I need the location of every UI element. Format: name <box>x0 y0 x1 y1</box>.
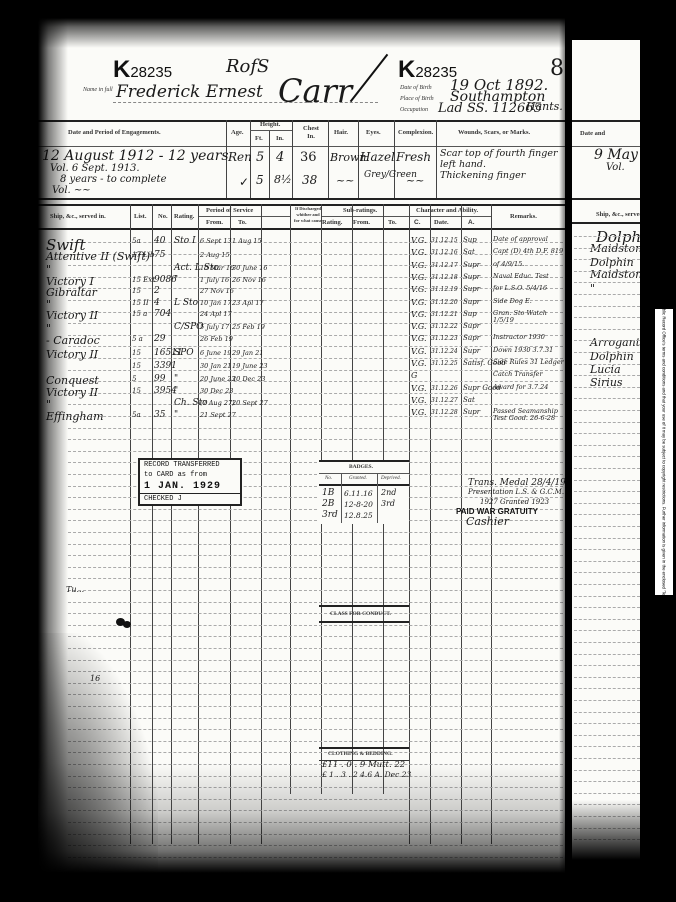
ship-name: Victory II <box>46 348 98 361</box>
stamp-line-1: RECORD TRANSFERRED <box>140 460 240 470</box>
badges-header-granted: Granted. <box>349 476 367 481</box>
ruled-line <box>68 428 563 429</box>
ruled-line <box>68 845 563 846</box>
header-date: Date. <box>434 219 449 226</box>
list-value: 17 Lib <box>132 251 155 259</box>
ruled-line <box>68 822 563 823</box>
adjacent-engagement-sub: Vol. <box>606 162 625 173</box>
ruled-line <box>68 776 563 777</box>
badge-deprived: 3rd <box>381 499 395 508</box>
ship-name: Effingham <box>46 410 104 423</box>
ruled-line <box>574 665 640 666</box>
in-2: 8½ <box>274 173 292 186</box>
list-value: 15 Ext <box>132 276 155 284</box>
badges-box: BADGES. No. Granted. Deprived. 1B6.11.16… <box>319 460 409 524</box>
badges-title: BADGES. <box>349 464 373 470</box>
character-date: 31.12.25 <box>431 360 458 367</box>
ruled-line <box>68 532 563 533</box>
ruled-line <box>574 700 640 701</box>
character-date: 31.12.28 <box>431 409 458 416</box>
badge-no: 3rd <box>322 510 338 520</box>
ruled-line <box>574 491 640 492</box>
header-chest: Chest In. <box>300 125 322 141</box>
clothing-entry-2: £ 1 . 3 . 2 4.6 A. Dec 23 <box>322 770 411 779</box>
ruled-line <box>574 329 640 330</box>
hair-2: ~~ <box>336 174 354 187</box>
character-date: 31.12.23 <box>431 335 458 342</box>
header-a: A. <box>468 219 475 226</box>
list-value: 15 a <box>132 310 147 318</box>
ruled-line <box>574 654 640 655</box>
ink-blot <box>123 621 131 628</box>
header-list: List. <box>134 213 146 220</box>
engagement-row-2: Vol. 6 Sept. 1913. <box>50 163 140 174</box>
ruled-line <box>574 688 640 689</box>
ruled-line <box>574 468 640 469</box>
header-discharged: If Discharged whither and for what cause <box>293 206 323 224</box>
period-from: 10 Jan 17 <box>200 299 231 307</box>
engagement-row-1: 12 August 1912 - 12 years <box>42 148 229 164</box>
margin-note-1: Tu... <box>66 585 84 594</box>
complexion-2: ~~ <box>406 174 424 187</box>
header-hair: Hair. <box>334 129 348 136</box>
eyes-2: Grey/Green <box>364 171 392 180</box>
ruled-line <box>574 352 640 353</box>
ruled-line <box>574 317 640 318</box>
ruled-line <box>68 787 563 788</box>
pob-label: Place of Birth <box>400 96 434 102</box>
ruled-line <box>574 712 640 713</box>
ruled-line <box>574 584 640 585</box>
official-number: 35 <box>154 410 165 420</box>
period-to: 26 Nov 16 <box>232 276 266 284</box>
character-c: V.G. <box>411 273 427 282</box>
ruled-line <box>574 503 640 504</box>
official-number: 99 <box>154 374 165 384</box>
period-to: 30 June 16 <box>232 264 268 272</box>
remarks-extra-note: 1927 Granted 1923 <box>480 498 549 506</box>
header-from: From. <box>206 219 223 226</box>
name-surname: Carr <box>278 72 352 110</box>
copyright-notice-text: Please note that this copy is supplied s… <box>662 205 667 699</box>
character-date: 31.12.27 <box>431 397 458 404</box>
list-value: 5a <box>132 411 141 419</box>
adjacent-service-header: Ship, &c., served <box>596 211 640 218</box>
ruled-line <box>574 514 640 515</box>
remarks-text: Side Rules 31 Ledger <box>493 359 565 366</box>
character-row: V.G.31.12.23SuprInstructor 1930 <box>409 334 565 346</box>
ruled-line <box>68 683 563 684</box>
ruled-line <box>574 387 640 388</box>
record-transferred-stamp: RECORD TRANSFERRED to CARD as from 1 JAN… <box>138 458 242 506</box>
ruled-line <box>574 398 640 399</box>
chest-1: 36 <box>300 150 317 165</box>
period-from: 24 Apl 17 <box>200 310 232 318</box>
character-date: 31.12.17 <box>431 262 458 269</box>
ruled-line <box>574 248 640 249</box>
remarks-text: Award for 3.7.24 <box>493 384 565 391</box>
age-2: ✓ <box>239 175 249 189</box>
remarks-text: Passed Seamanship Test Good. 26-6-28 <box>493 408 565 422</box>
ruled-line <box>574 410 640 411</box>
complexion-1: Fresh <box>396 150 431 164</box>
character-c: V.G. <box>411 261 427 270</box>
badge-granted: 12.8.25 <box>344 511 373 520</box>
wounds-2: Thickening finger <box>440 170 525 181</box>
ruled-line <box>574 804 640 805</box>
service-row: Victory II153954"30 Dec 23 <box>38 386 338 398</box>
eyes-1: Hazel <box>360 150 395 164</box>
ruled-line <box>68 625 563 626</box>
period-to: 23 Apl 17 <box>232 299 264 307</box>
ruled-line <box>574 259 640 260</box>
header-c: C. <box>414 219 421 226</box>
official-number: 4 <box>154 298 160 308</box>
ruled-line <box>68 810 563 811</box>
remarks-text: Down 1930 3.7.31 <box>493 347 565 354</box>
ruled-line <box>574 642 640 643</box>
ruled-line <box>68 729 563 730</box>
character-c: V.G. <box>411 322 427 331</box>
remarks-text: Capt (D) 4th D.F. 819 <box>493 248 565 255</box>
ruled-line <box>574 746 640 747</box>
list-value: 5a <box>132 237 141 245</box>
ruled-line <box>68 636 563 637</box>
header-in: In. <box>276 135 284 142</box>
character-row: V.G.31.12.28SuprPassed Seamanship Test G… <box>409 408 565 420</box>
ruled-line <box>68 741 563 742</box>
engagement-row-4: Vol. ~~ <box>52 185 91 196</box>
class-for-conduct-title: CLASS FOR CONDUCT. <box>330 611 391 617</box>
service-row: 15339130 Jan 2119 June 23 <box>38 361 338 373</box>
character-date: 31.12.20 <box>431 299 458 306</box>
ruled-line <box>574 828 640 829</box>
ruled-line <box>574 445 640 446</box>
ruled-line <box>68 613 563 614</box>
period-from: 30 Dec 23 <box>200 387 233 395</box>
dob-label: Date of Birth <box>400 85 432 91</box>
ruled-line <box>574 282 640 283</box>
official-number: 3391 <box>154 361 177 371</box>
header-eyes: Eyes. <box>366 129 381 136</box>
service-number-right: K28235 <box>398 56 457 84</box>
header-remarks: Remarks. <box>510 213 537 220</box>
ruled-line <box>574 306 640 307</box>
service-row: - Caradoc5 a2926 Feb 19 <box>38 334 338 346</box>
official-number: 75 <box>154 250 165 260</box>
character-a: Supr <box>463 334 480 342</box>
rating-value: " <box>174 410 178 420</box>
period-from: 6 June 19 <box>200 349 231 357</box>
remarks-text: Instructor 1930 <box>493 334 565 341</box>
ruled-line <box>574 433 640 434</box>
period-to: 19 June 23 <box>232 362 268 370</box>
list-value: 15 II <box>132 299 149 307</box>
ruled-line <box>574 677 640 678</box>
remarks-text: Naval Educ. Test <box>493 273 565 280</box>
period-from: 10 Mar 16 <box>200 264 234 272</box>
character-c: V.G. <box>411 285 427 294</box>
character-c: V.G. <box>411 347 427 356</box>
header-to: To. <box>238 219 247 226</box>
occupation-label: Occupation <box>400 107 428 113</box>
character-a: Sup <box>463 310 477 318</box>
badge-no: 1B <box>322 488 334 498</box>
ruled-line <box>574 816 640 817</box>
remarks-extra-note: Presentation L.S. & G.C.M. <box>468 488 564 496</box>
character-date: 31.12.18 <box>431 274 458 281</box>
character-c: V.G. <box>411 396 427 405</box>
period-from: (7 Aug 27) <box>200 399 235 407</box>
ruled-line <box>68 544 563 545</box>
ruled-line <box>574 271 640 272</box>
ruled-line <box>574 480 640 481</box>
copyright-notice: Please note that this copy is supplied s… <box>654 308 674 596</box>
badges-header-deprived: Deprived. <box>381 476 401 481</box>
engagement-row-3: 8 years - to complete <box>60 174 167 185</box>
character-a: Supr <box>463 261 480 269</box>
character-c: V.G. <box>411 236 427 245</box>
adjacent-engagement-header: Date and <box>580 130 605 137</box>
service-number-left-digits: 28235 <box>130 64 172 81</box>
ruled-line <box>574 526 640 527</box>
character-c: V.G. <box>411 334 427 343</box>
adjacent-ship-name: Maidstone <box>590 268 640 281</box>
age-1: Ren <box>228 150 252 164</box>
list-value: 15 <box>132 362 141 370</box>
period-to: 29 Jan 21 <box>232 349 263 357</box>
service-row: Effingham5a35"21 Sept 27 <box>38 410 338 422</box>
badges-header-no: No. <box>325 476 332 481</box>
ruled-line <box>68 799 563 800</box>
character-c: V.G. <box>411 310 427 319</box>
list-value: 5 a <box>132 335 143 343</box>
ruled-line <box>574 735 640 736</box>
character-a: Supr <box>463 298 480 306</box>
character-a: Sup <box>463 236 477 244</box>
ruled-line <box>574 630 640 631</box>
ruled-line <box>574 619 640 620</box>
period-from: 30 Jan 21 <box>200 362 231 370</box>
list-value: 15 <box>132 287 141 295</box>
badge-no: 2B <box>322 499 334 509</box>
character-a: Sat <box>463 248 475 256</box>
list-value: 15 <box>132 387 141 395</box>
badge-granted: 12-8-20 <box>344 500 373 509</box>
service-row: Gibraltar15227 Nov 16 <box>38 286 338 298</box>
name-given: Frederick Ernest <box>116 82 263 102</box>
rating-value: " <box>174 386 178 396</box>
ruled-line <box>68 694 563 695</box>
list-value: 5 <box>132 375 136 383</box>
service-row: Attentive II (Swift)17 Lib752 Aug 15 <box>38 250 338 262</box>
official-number: 29 <box>154 334 165 344</box>
ruled-line <box>68 439 563 440</box>
ruled-line <box>574 538 640 539</box>
period-from: 21 Sept 27 <box>200 411 236 419</box>
ruled-line <box>574 364 640 365</box>
character-row: V.G.31.12.26Supr GoodAward for 3.7.24 <box>409 384 565 396</box>
header-subratings: Sub-ratings. <box>343 207 377 214</box>
remarks-text: Catch Transfer <box>493 371 565 378</box>
header-character: Character and Ability. <box>416 207 478 214</box>
ruled-line <box>574 839 640 840</box>
list-value: 15 <box>132 349 141 357</box>
pen-stroke <box>350 54 389 103</box>
character-c: V.G. <box>411 384 427 393</box>
character-date: 31.12.22 <box>431 323 458 330</box>
stamp-line-3: 1 JAN. 1929 <box>140 480 240 493</box>
character-c: V.G. <box>411 248 427 257</box>
character-c: V.G. <box>411 408 427 417</box>
ruled-line <box>574 793 640 794</box>
clothing-entry-1: £11 . 0 . 9 Mutt. 22 <box>322 760 405 770</box>
name-label: Name in full <box>83 86 113 95</box>
service-row: "Ch. Sto(7 Aug 27)20 Sept 27 <box>38 398 338 410</box>
remarks-text: of 4/9/15. <box>493 261 565 268</box>
character-a: Sat <box>463 396 475 404</box>
character-row: V.G.31.12.21SupGran. Sto Watch 1/5/19 <box>409 310 565 322</box>
service-row: Victory II15 a70424 Apl 17 <box>38 309 338 321</box>
ship-name: Victory II <box>46 309 98 322</box>
period-to: 20 Sept 27 <box>232 399 268 407</box>
character-a: Supr <box>463 273 480 281</box>
header-sub-from: From. <box>353 219 370 226</box>
header-no: No. <box>158 213 168 220</box>
clothing-title: CLOTHING & BEDDING. <box>328 751 393 757</box>
service-row: Conquest599"20 June 2320 Dec 23 <box>38 374 338 386</box>
official-number: 2 <box>154 286 160 296</box>
ruled-line <box>574 781 640 782</box>
rating-value: SPO <box>174 348 194 358</box>
header-sub-rating: Rating. <box>322 219 342 226</box>
character-date: 31.12.15 <box>431 237 458 244</box>
header-engagement: Date and Period of Engagements. <box>68 129 161 136</box>
ruled-line <box>68 578 563 579</box>
ruled-line <box>574 572 640 573</box>
character-a: Supr <box>463 285 480 293</box>
ruled-line <box>574 422 640 423</box>
page-mark: 8 <box>550 56 564 81</box>
ruled-line <box>68 706 563 707</box>
annotation-top: RofS <box>226 56 269 77</box>
character-date: 31.12.21 <box>431 311 458 318</box>
ruled-line <box>68 857 563 858</box>
ruled-line <box>68 660 563 661</box>
ruled-line <box>68 648 563 649</box>
service-row: Victory II1516511SPO6 June 1929 Jan 21 <box>38 348 338 360</box>
period-to: 25 Feb 19 <box>232 323 265 331</box>
period-from: 20 June 23 <box>200 375 236 383</box>
character-c: V.G. <box>411 298 427 307</box>
remarks-text: Side Dog E. <box>493 298 565 305</box>
rating-value: Sto I <box>174 236 196 246</box>
in-1: 4 <box>276 150 284 165</box>
badge-deprived: 2nd <box>381 488 396 497</box>
ruled-line <box>68 764 563 765</box>
rating-value: " <box>174 374 178 384</box>
character-date: 31.12.24 <box>431 348 458 355</box>
ruled-line <box>68 718 563 719</box>
ruled-line <box>574 294 640 295</box>
service-number-left: K28235 <box>113 56 172 84</box>
period-from: 2 Aug 15 <box>200 251 230 259</box>
remarks-text: for L.S.O. 5/4/16 <box>493 285 565 292</box>
ruled-line <box>68 590 563 591</box>
ruled-line <box>574 770 640 771</box>
character-date: 31.12.26 <box>431 385 458 392</box>
period-from: 1 July 16 <box>200 276 229 284</box>
ft-2: 5 <box>256 173 264 187</box>
badge-granted: 6.11.16 <box>344 489 373 498</box>
occupation-value: Lad SS. 112665 <box>438 101 542 116</box>
ruled-line <box>68 555 563 556</box>
ruled-line <box>574 758 640 759</box>
character-a: Supr <box>463 322 480 330</box>
period-from: 27 Nov 16 <box>200 287 234 295</box>
header-rating: Rating. <box>174 213 194 220</box>
stamp-line-2: to CARD as from <box>140 470 240 480</box>
ruled-line <box>68 451 563 452</box>
character-a: Supr <box>463 408 480 416</box>
character-row: V.G.31.12.16SatCapt (D) 4th D.F. 819 <box>409 248 565 260</box>
header-wounds: Wounds, Scars, or Marks. <box>458 129 530 136</box>
margin-note-2: 16 <box>90 674 100 683</box>
ruled-line <box>68 567 563 568</box>
ruled-line <box>574 549 640 550</box>
stamp-line-4: CHECKED J <box>140 493 240 504</box>
character-a: Supr <box>463 347 480 355</box>
header-ship: Ship, &c., served in. <box>50 213 106 220</box>
header-sub-to: To. <box>388 219 397 226</box>
service-record-sheet: K28235 RofS K28235 8 Name in full Freder… <box>38 18 565 873</box>
header-complexion: Complexion. <box>398 129 433 136</box>
character-c: V.G. <box>411 359 427 368</box>
header-ft: Ft. <box>255 135 263 142</box>
header-age: Age. <box>231 129 243 136</box>
period-to: 20 Dec 23 <box>232 375 265 383</box>
ruled-line <box>574 375 640 376</box>
chest-2: 38 <box>302 173 317 187</box>
character-row: GCatch Transfer <box>409 371 565 383</box>
ruled-line <box>574 456 640 457</box>
character-date: 31.12.16 <box>431 249 458 256</box>
period-from: 6 Sept 13 <box>200 237 232 245</box>
ruled-line <box>574 723 640 724</box>
remarks-text: Date of approval <box>493 236 565 243</box>
paid-war-gratuity-signature: Cashier <box>466 515 509 528</box>
rating-value: " <box>174 275 178 285</box>
ruled-line <box>68 671 563 672</box>
service-row: "Act. L Sto10 Mar 1630 June 16 <box>38 263 338 275</box>
remarks-extra-note: Trans. Medal 28/4/19 <box>468 478 565 488</box>
ruled-line <box>574 340 640 341</box>
header-height: Height. <box>260 121 280 128</box>
character-c: G <box>411 371 417 380</box>
ruled-line <box>574 236 640 237</box>
official-number: 40 <box>154 236 165 246</box>
wounds-1: Scar top of fourth finger left hand. <box>440 148 564 170</box>
service-row: Swift5a40Sto I6 Sept 131 Aug 15 <box>38 236 338 248</box>
adjacent-ship-name: Arrogant <box>590 336 640 349</box>
period-from: 5 July 17 <box>200 323 229 331</box>
period-to: 1 Aug 15 <box>232 237 262 245</box>
ruled-line <box>574 561 640 562</box>
rating-value: L Sto <box>174 298 198 308</box>
ruled-line <box>68 602 563 603</box>
character-date: 31.12.19 <box>431 286 458 293</box>
ft-1: 5 <box>256 150 264 165</box>
